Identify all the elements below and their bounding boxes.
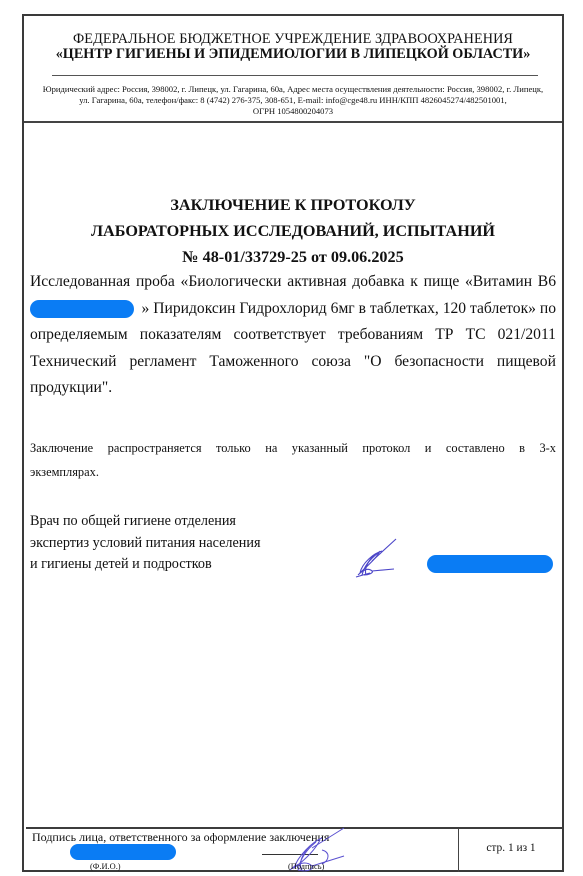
- signatory-line: экспертиз условий питания населения: [30, 533, 261, 555]
- word: распространяется: [108, 436, 202, 460]
- conclusion-line: ТехническийрегламентТаможенногосоюза"Обе…: [30, 349, 556, 376]
- signatory-line: Врач по общей гигиене отделения: [30, 511, 261, 533]
- word: регламент: [129, 349, 196, 376]
- signature-caption: (Подпись): [288, 862, 324, 871]
- word: и: [425, 436, 432, 460]
- address-line: Юридический адрес: Россия, 398002, г. Ли…: [24, 84, 562, 95]
- address-line: ул. Гагарина, 60а, телефон/факс: 8 (4742…: [24, 95, 562, 106]
- word: составлено: [446, 436, 505, 460]
- conclusion-line: продукции".: [30, 375, 556, 402]
- word: 3-х: [539, 436, 556, 460]
- organization-address: Юридический адрес: Россия, 398002, г. Ли…: [24, 84, 562, 117]
- word: ТР: [435, 322, 453, 349]
- organization-name-line2: «ЦЕНТР ГИГИЕНЫ И ЭПИДЕМИОЛОГИИ В ЛИПЕЦКО…: [22, 46, 564, 63]
- word: соответствует: [234, 322, 326, 349]
- redacted-signatory-name: [427, 555, 553, 573]
- page-number: стр. 1 из 1: [458, 842, 564, 854]
- address-divider: [24, 121, 562, 123]
- word: протокол: [362, 436, 410, 460]
- conclusion-paragraph: Исследованная проба «Биологически активн…: [30, 269, 556, 402]
- conclusion-line: » Пиридоксин Гидрохлорид 6мг в таблетках…: [30, 296, 556, 323]
- word: союза: [311, 349, 350, 376]
- note-line: экземплярах.: [30, 460, 556, 484]
- word: показателям: [140, 322, 222, 349]
- word: безопасности: [394, 349, 484, 376]
- word: указанный: [292, 436, 348, 460]
- word: требованиям: [338, 322, 423, 349]
- word: на: [265, 436, 277, 460]
- word: пищевой: [497, 349, 556, 376]
- word: Технический: [30, 349, 116, 376]
- protocol-number: № 48-01/33729-25 от 09.06.2025: [22, 248, 564, 267]
- handwritten-signature-icon: [352, 537, 402, 579]
- word: в: [519, 436, 525, 460]
- note-line: Заключениераспространяетсятольконауказан…: [30, 436, 556, 460]
- document-title-line2: ЛАБОРАТОРНЫХ ИССЛЕДОВАНИЙ, ИСПЫТАНИЙ: [22, 222, 564, 241]
- signatory-line: и гигиены детей и подростков: [30, 554, 261, 576]
- redacted-product-name: [30, 300, 134, 318]
- word: определяемым: [30, 322, 128, 349]
- word: Таможенного: [209, 349, 298, 376]
- validity-note: Заключениераспространяетсятольконауказан…: [30, 436, 556, 484]
- document-title-line1: ЗАКЛЮЧЕНИЕ К ПРОТОКОЛУ: [22, 196, 564, 215]
- word: "О: [364, 349, 382, 376]
- conclusion-line: определяемымпоказателямсоответствуеттреб…: [30, 322, 556, 349]
- conclusion-text: » Пиридоксин Гидрохлорид 6мг в таблетках…: [142, 296, 556, 323]
- conclusion-line: Исследованная проба «Биологически активн…: [30, 269, 556, 296]
- word: только: [216, 436, 251, 460]
- header-divider: [52, 75, 538, 76]
- address-line: ОГРН 1054800204073: [24, 106, 562, 117]
- redacted-responsible-name: [70, 844, 176, 860]
- signatory-position: Врач по общей гигиене отделения эксперти…: [30, 511, 261, 576]
- word: 021/2011: [498, 322, 556, 349]
- fio-caption: (Ф.И.О.): [90, 862, 121, 871]
- word: ТС: [466, 322, 486, 349]
- word: Заключение: [30, 436, 93, 460]
